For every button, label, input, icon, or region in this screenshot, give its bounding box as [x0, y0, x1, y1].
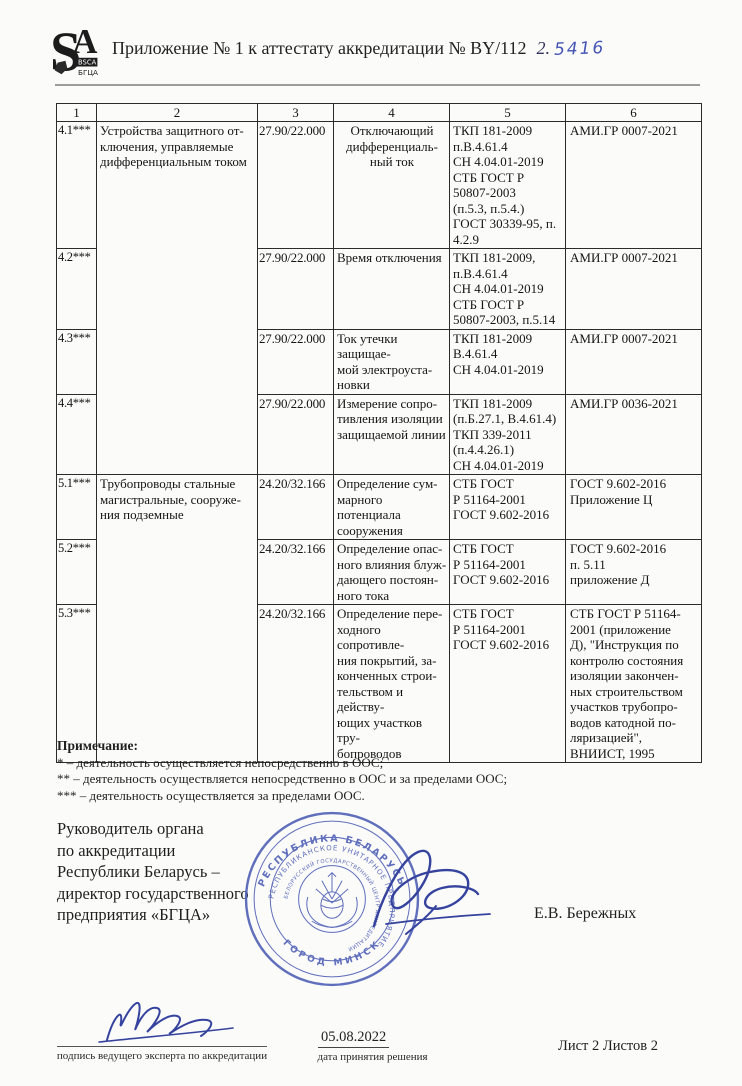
table-cell: СТБ ГОСТ Р 51164-2001 ГОСТ 9.602-2016 — [450, 540, 566, 605]
table-row: 5.1***Трубопроводы стальные магистральны… — [57, 475, 702, 540]
table-cell: 27.90/22.000 — [258, 249, 334, 330]
notes-block: Примечание: * – деятельность осуществляе… — [57, 738, 507, 804]
stamp-emblem — [307, 873, 357, 928]
table-body: 4.1***Устройства защитного от- ключения,… — [57, 122, 702, 763]
accreditation-table: 123456 4.1***Устройства защитного от- кл… — [56, 103, 702, 763]
signer-name: Е.В. Бережных — [534, 905, 636, 923]
signature-line — [57, 1046, 267, 1047]
column-number: 5 — [450, 104, 566, 122]
table-cell: 5.1*** — [57, 475, 97, 540]
table-header-row: 123456 — [57, 104, 702, 122]
title-number-handwritten: 5416 — [554, 38, 606, 60]
table-cell: Определение опас- ного влияния блуж- даю… — [334, 540, 450, 605]
table-cell: Определение сум- марного потенциала соор… — [334, 475, 450, 540]
table-cell: ГОСТ 9.602-2016 п. 5.11 приложение Д — [566, 540, 702, 605]
column-number: 3 — [258, 104, 334, 122]
table-cell: Отключающий дифференциаль- ный ток — [334, 122, 450, 249]
note-item: * – деятельность осуществляется непосред… — [57, 755, 507, 772]
title-number-printed: 2. — [536, 38, 550, 58]
table-cell: 24.20/32.166 — [258, 475, 334, 540]
table-cell: 4.3*** — [57, 329, 97, 394]
table-cell: 27.90/22.000 — [258, 394, 334, 475]
sheet-counter: Лист 2 Листов 2 — [558, 1038, 658, 1055]
table-cell: 4.2*** — [57, 249, 97, 330]
director-signature — [366, 842, 498, 946]
logo-sub1: BSCA — [78, 59, 97, 67]
table-cell: СТБ ГОСТ Р 51164- 2001 (приложение Д), "… — [566, 605, 702, 763]
table-cell: Трубопроводы стальные магистральные, соо… — [97, 475, 258, 763]
table-cell: Ток утечки защищае- мой электроуста- нов… — [334, 329, 450, 394]
table-cell: АМИ.ГР 0007-2021 — [566, 249, 702, 330]
expert-signature — [95, 996, 260, 1050]
table-cell: ТКП 181-2009, п.В.4.61.4 СН 4.04.01-2019… — [450, 249, 566, 330]
note-item: *** – деятельность осуществляется за пре… — [57, 788, 507, 805]
header-divider — [55, 84, 700, 86]
table-cell: Устройства защитного от- ключения, управ… — [97, 122, 258, 475]
table-row: 4.1***Устройства защитного от- ключения,… — [57, 122, 702, 249]
table-cell: АМИ.ГР 0007-2021 — [566, 329, 702, 394]
column-number: 2 — [97, 104, 258, 122]
expert-signature-label: подпись ведущего эксперта по аккредитаци… — [48, 1050, 276, 1062]
notes-heading: Примечание: — [57, 738, 507, 755]
table-cell: 24.20/32.166 — [258, 540, 334, 605]
table-cell: 5.2*** — [57, 540, 97, 605]
table-cell: 4.4*** — [57, 394, 97, 475]
table-cell: 27.90/22.000 — [258, 122, 334, 249]
table-cell: ТКП 181-2009 В.4.61.4 СН 4.04.01-2019 — [450, 329, 566, 394]
table-cell: АМИ.ГР 0036-2021 — [566, 394, 702, 475]
table-cell: СТБ ГОСТ Р 51164-2001 ГОСТ 9.602-2016 — [450, 475, 566, 540]
table-cell: АМИ.ГР 0007-2021 — [566, 122, 702, 249]
table-cell: Измерение сопро- тивления изоляции защищ… — [334, 394, 450, 475]
column-number: 4 — [334, 104, 450, 122]
decision-date: 05.08.2022 — [318, 1029, 389, 1048]
page-title: Приложение № 1 к аттестату аккредитации … — [112, 38, 605, 59]
table-cell: ТКП 181-2009 (п.Б.27.1, В.4.61.4) ТКП 33… — [450, 394, 566, 475]
table-cell: Время отключения — [334, 249, 450, 330]
note-item: ** – деятельность осуществляется непосре… — [57, 771, 507, 788]
table-cell: 4.1*** — [57, 122, 97, 249]
table-cell: ТКП 181-2009 п.В.4.61.4 СН 4.04.01-2019 … — [450, 122, 566, 249]
document-page: S A BSCA БГЦА Приложение № 1 к аттестату… — [0, 0, 742, 1086]
table-cell: 27.90/22.000 — [258, 329, 334, 394]
head-of-body-title: Руководитель органа по аккредитации Респ… — [57, 818, 249, 926]
column-number: 6 — [566, 104, 702, 122]
logo-sub2: БГЦА — [78, 68, 98, 77]
table-cell: ГОСТ 9.602-2016 Приложение Ц — [566, 475, 702, 540]
column-number: 1 — [57, 104, 97, 122]
title-text: Приложение № 1 к аттестату аккредитации … — [112, 38, 526, 58]
logo-letter-a: A — [72, 22, 97, 61]
decision-date-label: дата принятия решения — [305, 1051, 440, 1063]
bsca-logo-icon: S A BSCA БГЦА — [48, 20, 110, 82]
